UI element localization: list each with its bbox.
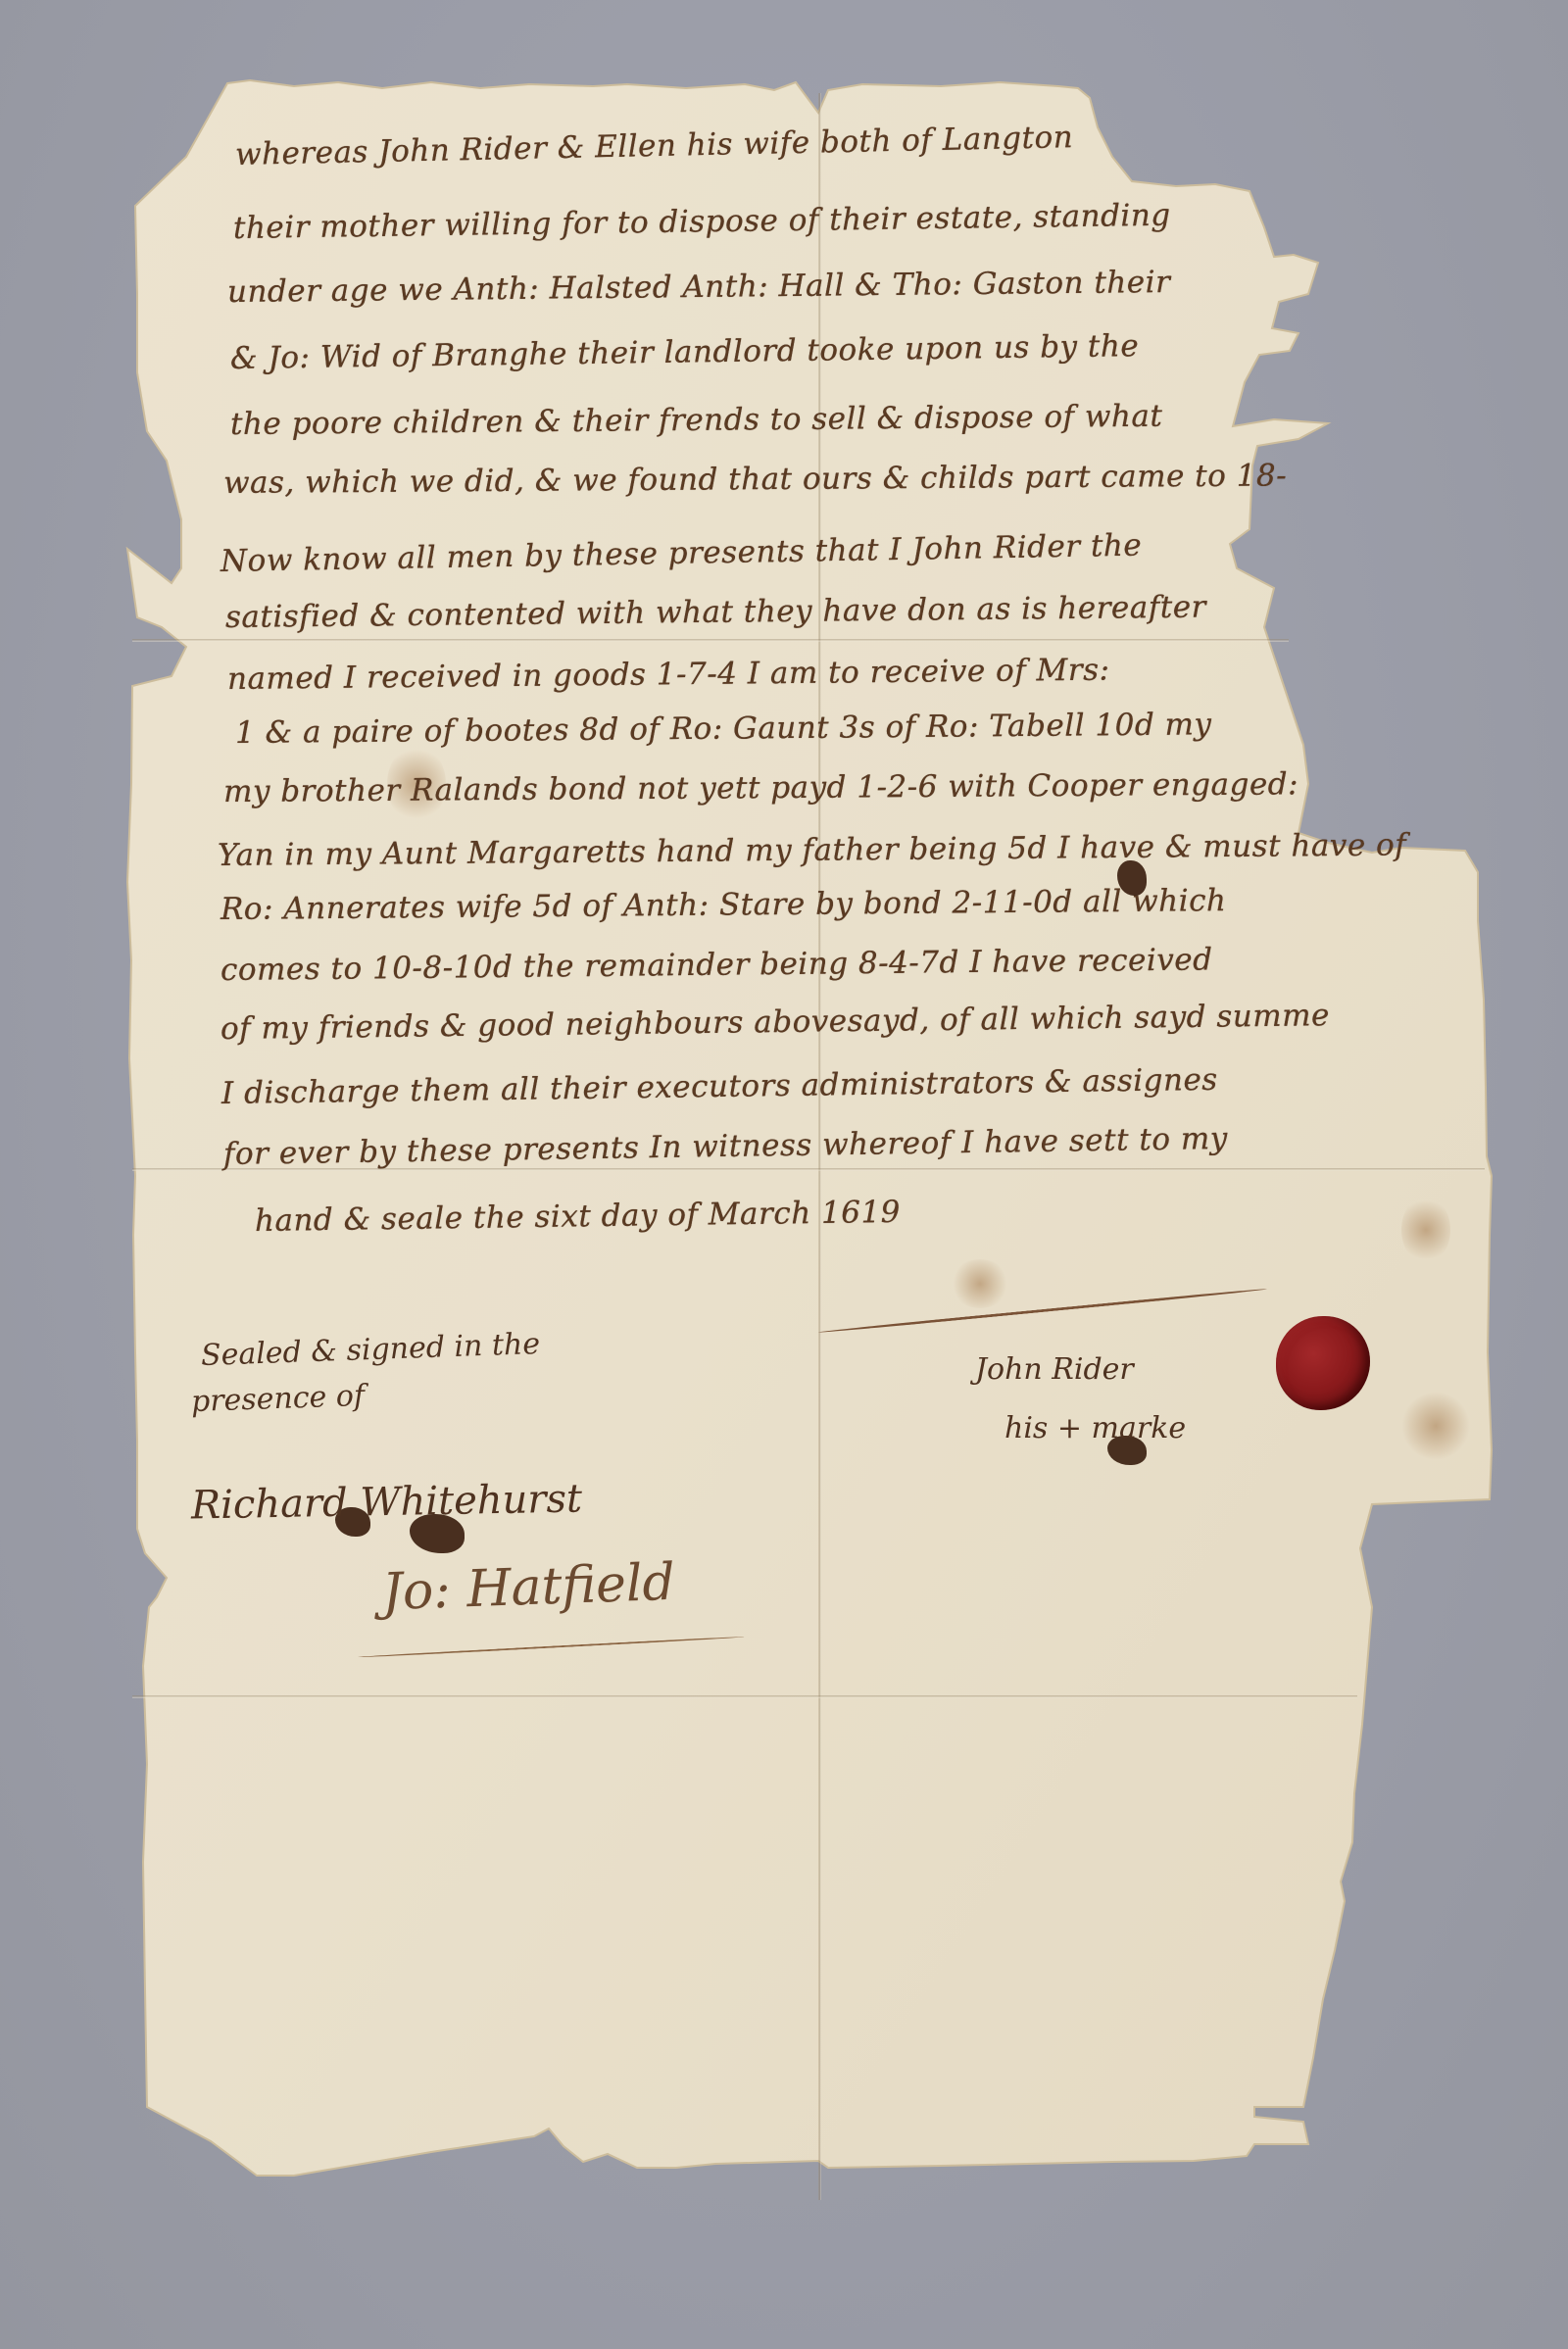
witness-signature-hatfield: Jo: Hatfield <box>381 1553 676 1622</box>
signatory-mark-line: his + marke <box>1004 1411 1186 1445</box>
signatory-name: John Rider <box>975 1352 1134 1387</box>
horizontal-fold-crease <box>132 639 1289 642</box>
manuscript-line: my brother Ralands bond not yett payd 1-… <box>223 766 1298 809</box>
water-stain <box>1401 1392 1470 1460</box>
ink-smudge <box>951 1259 1009 1308</box>
witness-clause-line: presence of <box>190 1379 365 1419</box>
witness-signature-whitehurst: Richard Whitehurst <box>191 1477 583 1529</box>
horizontal-fold-crease <box>132 1695 1357 1698</box>
manuscript-line: was, which we did, & we found that ours … <box>223 458 1287 501</box>
manuscript-page: whereas John Rider & Ellen his wife both… <box>0 0 1568 2349</box>
water-stain <box>1401 1196 1450 1264</box>
